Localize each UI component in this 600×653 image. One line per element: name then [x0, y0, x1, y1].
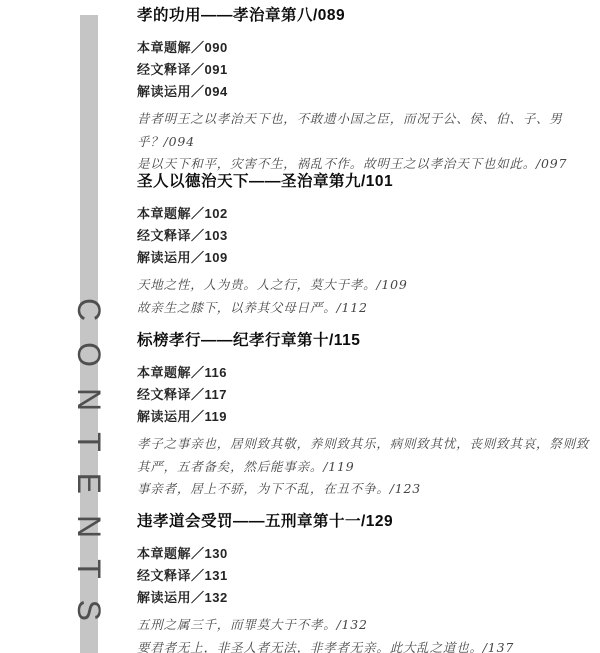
toc-quote: 故亲生之膝下，以养其父母日严。/112: [137, 297, 595, 320]
toc-entry: 本章题解／102: [137, 203, 595, 225]
toc-entry: 经文释译／117: [137, 384, 595, 406]
toc-entry: 本章题解／130: [137, 543, 595, 565]
toc-entry: 解读运用／119: [137, 406, 595, 428]
toc-quote: 五刑之属三千，而罪莫大于不孝。/132: [137, 614, 595, 637]
toc-quote: 孝子之事亲也，居则致其敬，养则致其乐，病则致其忧，丧则致其哀，祭则致其严，五者备…: [137, 433, 595, 478]
toc-quote: 事亲者，居上不骄，为下不乱，在丑不争。/123: [137, 478, 595, 501]
section-title: 违孝道会受罚——五刑章第十一/129: [137, 512, 595, 532]
section-title: 标榜孝行——纪孝行章第十/115: [137, 331, 595, 351]
toc-entry: 经文释译／103: [137, 225, 595, 247]
section-title: 圣人以德治天下——圣治章第九/101: [137, 172, 595, 192]
toc-entry: 解读运用／109: [137, 247, 595, 269]
toc-section: 孝的功用——孝治章第八/089 本章题解／090 经文释译／091 解读运用／0…: [137, 6, 595, 176]
toc-section: 圣人以德治天下——圣治章第九/101 本章题解／102 经文释译／103 解读运…: [137, 172, 595, 319]
toc-section: 标榜孝行——纪孝行章第十/115 本章题解／116 经文释译／117 解读运用／…: [137, 331, 595, 501]
toc-section: 违孝道会受罚——五刑章第十一/129 本章题解／130 经文释译／131 解读运…: [137, 512, 595, 653]
toc-page: CONTENTS 孝的功用——孝治章第八/089 本章题解／090 经文释译／0…: [0, 0, 600, 653]
toc-entry: 经文释译／091: [137, 59, 595, 81]
contents-vertical-label: CONTENTS: [72, 298, 105, 642]
section-title: 孝的功用——孝治章第八/089: [137, 6, 595, 26]
quote-list: 天地之性，人为贵。人之行，莫大于孝。/109 故亲生之膝下，以养其父母日严。/1…: [137, 274, 595, 319]
toc-entry: 本章题解／116: [137, 362, 595, 384]
toc-entry: 解读运用／094: [137, 81, 595, 103]
toc-entry: 本章题解／090: [137, 37, 595, 59]
toc-entry: 经文释译／131: [137, 565, 595, 587]
quote-list: 孝子之事亲也，居则致其敬，养则致其乐，病则致其忧，丧则致其哀，祭则致其严，五者备…: [137, 433, 595, 501]
quote-list: 五刑之属三千，而罪莫大于不孝。/132 要君者无上，非圣人者无法，非孝者无亲。此…: [137, 614, 595, 653]
toc-entry: 解读运用／132: [137, 587, 595, 609]
toc-quote: 天地之性，人为贵。人之行，莫大于孝。/109: [137, 274, 595, 297]
toc-quote: 昔者明王之以孝治天下也，不敢遗小国之臣，而况于公、侯、伯、子、男乎？/094: [137, 108, 595, 153]
toc-quote: 要君者无上，非圣人者无法，非孝者无亲。此大乱之道也。/137: [137, 637, 595, 653]
quote-list: 昔者明王之以孝治天下也，不敢遗小国之臣，而况于公、侯、伯、子、男乎？/094 是…: [137, 108, 595, 176]
